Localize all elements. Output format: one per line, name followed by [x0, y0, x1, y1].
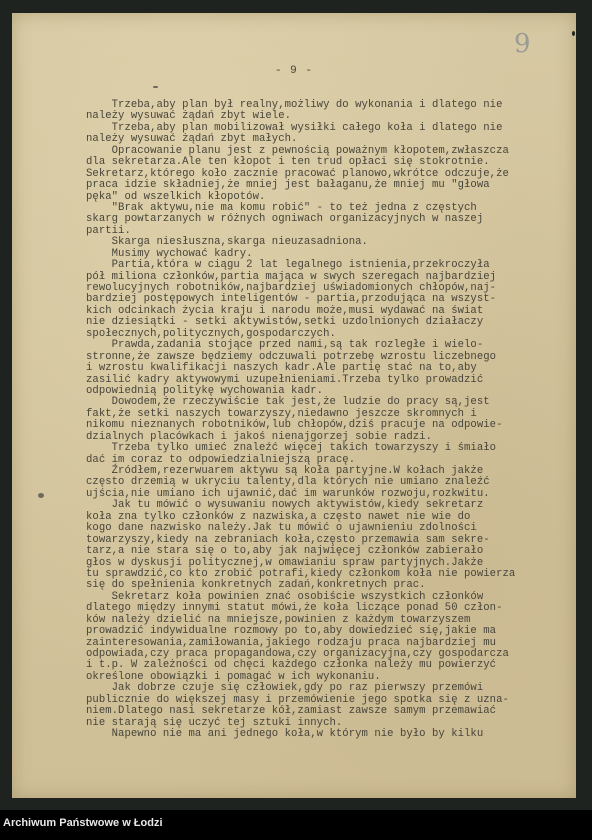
text-line: kogo dane nazwisko należy.Jak tu mówić o… — [86, 523, 566, 534]
text-line: niem.Dlatego nasi sekretarze kół,zamiast… — [86, 706, 566, 717]
handwritten-page-number: 9 — [514, 29, 531, 59]
archive-watermark: Archiwum Państwowe w Łodzi — [3, 817, 163, 829]
paper-speck — [153, 86, 158, 88]
paper-speck — [572, 31, 575, 36]
text-line: Prawda,zadania stojące przed nami,są tak… — [86, 340, 566, 351]
text-line: Skarga niesłuszna,skarga nieuzasadniona. — [86, 237, 566, 248]
text-line: Partia,która w ciągu 2 lat legalnego ist… — [86, 260, 566, 271]
text-line: praca idzie składniej,że mniej jest bała… — [86, 180, 566, 191]
scan-frame: 9 - 9 - Trzeba,aby plan był realny,możli… — [0, 0, 592, 810]
typewritten-body: Trzeba,aby plan był realny,możliwy do wy… — [86, 100, 566, 741]
text-line: dlatego między innymi statut mówi,że koł… — [86, 603, 566, 614]
text-line: skarg powtarzanych w różnych ogniwach or… — [86, 214, 566, 225]
typed-page-number: - 9 - — [12, 65, 576, 77]
document-viewer: 9 - 9 - Trzeba,aby plan był realny,możli… — [0, 0, 592, 840]
paper-speck — [38, 493, 44, 498]
text-line: Napewno nie ma ani jednego koła,w którym… — [86, 729, 566, 740]
text-line: prowadzić indywidualne rozmowy po to,aby… — [86, 626, 566, 637]
text-line: nikomu nieznanych robotników,lub chłopów… — [86, 420, 566, 431]
text-line: i wzrostu kwalifikacji naszych kadr.Ale … — [86, 363, 566, 374]
document-page: 9 - 9 - Trzeba,aby plan był realny,możli… — [12, 13, 576, 798]
text-line: tarz,a nie stara się o to,aby jak najwię… — [86, 546, 566, 557]
text-line: Trzeba tylko umieć znaleźć więcej takich… — [86, 443, 566, 454]
text-line: dla sekretarza.Ale ten kłopot i ten trud… — [86, 157, 566, 168]
